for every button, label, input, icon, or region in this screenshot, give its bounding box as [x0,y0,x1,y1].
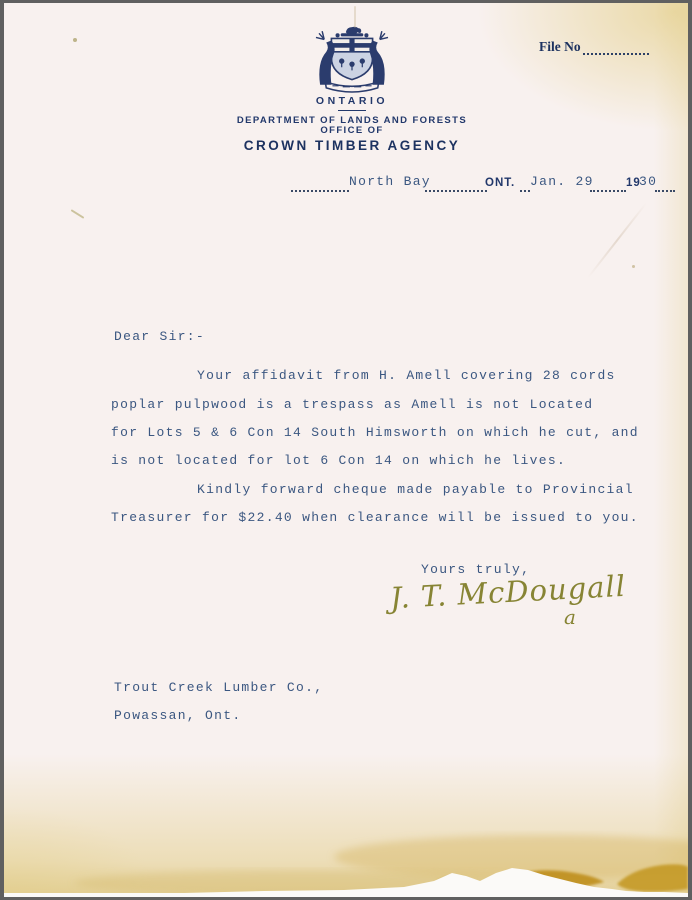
file-no-blank-line [583,40,649,55]
salutation: Dear Sir:- [114,329,205,344]
paper-speck [73,38,77,42]
typed-year: 30 [639,174,657,189]
agency-name: CROWN TIMBER AGENCY [175,138,529,153]
dateline-dots [291,188,349,192]
signature-initial: a [564,605,576,629]
office-of-label: OFFICE OF [175,125,529,136]
paper-speck [632,265,635,268]
typed-place: North Bay [349,174,431,189]
dateline-dots [425,188,487,192]
body-line: Treasurer for $22.40 when clearance will… [111,510,639,525]
dateline-dots [520,188,530,192]
body-line: Kindly forward cheque made payable to Pr… [197,482,634,497]
file-no-label: File No [539,39,581,55]
province-abbrev: ONT. [485,177,515,189]
body-line: for Lots 5 & 6 Con 14 South Himsworth on… [111,425,639,440]
file-no-field: File No [539,39,649,55]
scanned-letter: ONTARIO DEPARTMENT OF LANDS AND FORESTS … [0,0,692,900]
body-line: Your affidavit from H. Amell covering 28… [197,368,616,383]
dateline-dots [590,188,626,192]
recipient-address: Powassan, Ont. [114,708,241,723]
ontario-coat-of-arms-icon [312,23,392,93]
letter-paper: ONTARIO DEPARTMENT OF LANDS AND FORESTS … [4,3,688,897]
typed-date: Jan. 29 [530,174,594,189]
paper-speck [71,209,85,219]
bottom-stain-and-torn-edge [4,823,688,897]
body-line: poplar pulpwood is a trespass as Amell i… [111,397,593,412]
province-name: ONTARIO [252,95,452,107]
paper-crease-mark [354,6,356,28]
dateline-dots [655,188,675,192]
body-line: is not located for lot 6 Con 14 on which… [111,453,566,468]
header-divider [338,110,366,111]
recipient-name: Trout Creek Lumber Co., [114,680,323,695]
paper-crease [587,202,647,278]
